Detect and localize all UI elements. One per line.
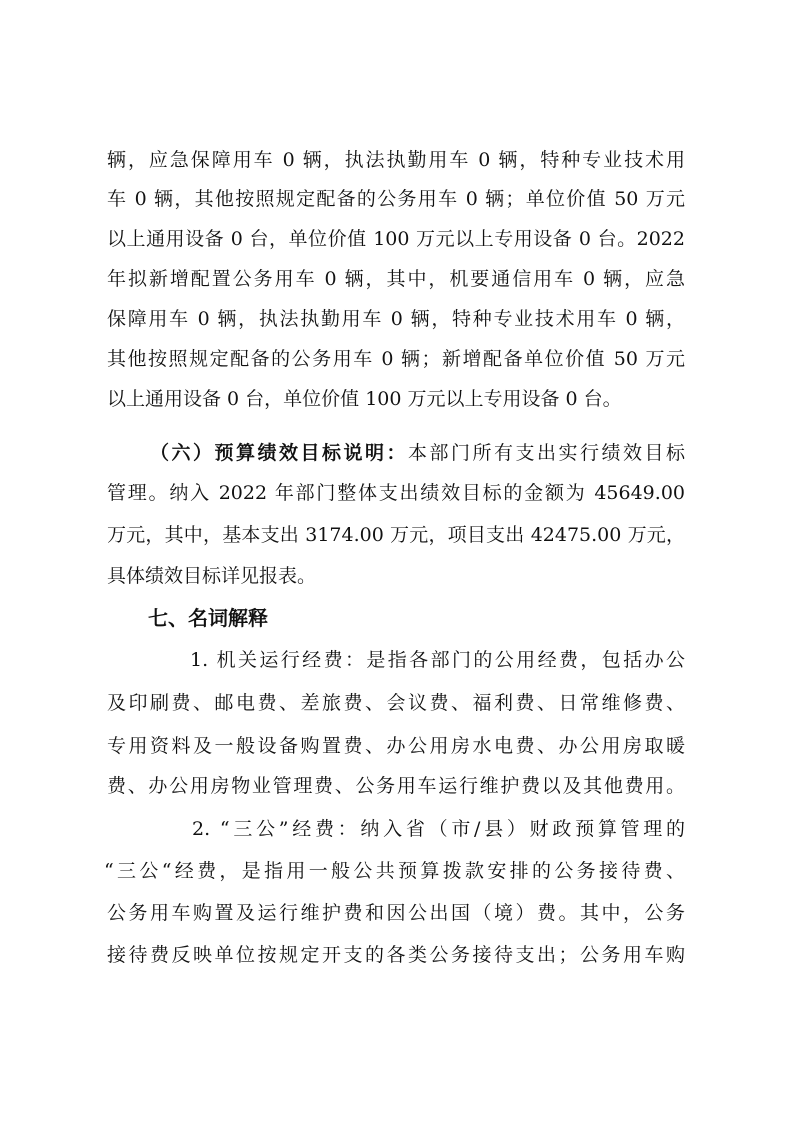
paragraph-line: 具体绩效目标详见报表。 [107,564,685,588]
performance-first-line-text: 本部门所有支出实行绩效目标 [408,442,685,464]
paragraph-line: 费、办公用房物业管理费、公务用车运行维护费以及其他费用。 [107,774,685,798]
paragraph-line: 专用资料及一般设备购置费、办公用房水电费、办公用房取暖 [107,734,685,758]
paragraph-line: 万元，其中，基本支出 3174.00 万元，项目支出 42475.00 万元， [107,523,685,547]
paragraph-line: 年拟新增配置公务用车 0 辆，其中，机要通信用车 0 辆，应急 [107,267,685,291]
paragraph-line: 其他按照规定配备的公务用车 0 辆；新增配备单位价值 50 万元 [107,347,685,371]
paragraph-line: 以上通用设备 0 台，单位价值 100 万元以上专用设备 0 台。 [107,387,685,411]
paragraph-line: 管理。纳入 2022 年部门整体支出绩效目标的金额为 45649.00 [107,481,685,505]
glossary-item-1-first-line: 1. 机关运行经费：是指各部门的公用经费，包括办公 [190,648,685,672]
paragraph-line: 辆，应急保障用车 0 辆，执法执勤用车 0 辆，特种专业技术用 [107,148,685,172]
paragraph-line: “三公“经费，是指用一般公共预算拨款安排的公务接待费、 [104,859,685,883]
paragraph-line: 以上通用设备 0 台，单位价值 100 万元以上专用设备 0 台。2022 [107,227,685,251]
glossary-item-2-first-line: 2. “三公”经费：纳入省（市/县）财政预算管理的 [192,817,685,841]
performance-first-line: （六）预算绩效目标说明：本部门所有支出实行绩效目标 [150,441,685,465]
document-page: 辆，应急保障用车 0 辆，执法执勤用车 0 辆，特种专业技术用 车 0 辆，其他… [0,0,793,1122]
paragraph-line: 保障用车 0 辆，执法执勤用车 0 辆，特种专业技术用车 0 辆， [107,307,685,331]
paragraph-line: 接待费反映单位按规定开支的各类公务接待支出；公务用车购 [107,943,685,967]
paragraph-line: 公务用车购置及运行维护费和因公出国（境）费。其中，公务 [107,901,685,925]
paragraph-line: 车 0 辆，其他按照规定配备的公务用车 0 辆；单位价值 50 万元 [107,187,685,211]
paragraph-line: 及印刷费、邮电费、差旅费、会议费、福利费、日常维修费、 [107,691,685,715]
section-heading: 七、名词解释 [148,606,268,630]
performance-label: （六）预算绩效目标说明： [150,442,408,464]
